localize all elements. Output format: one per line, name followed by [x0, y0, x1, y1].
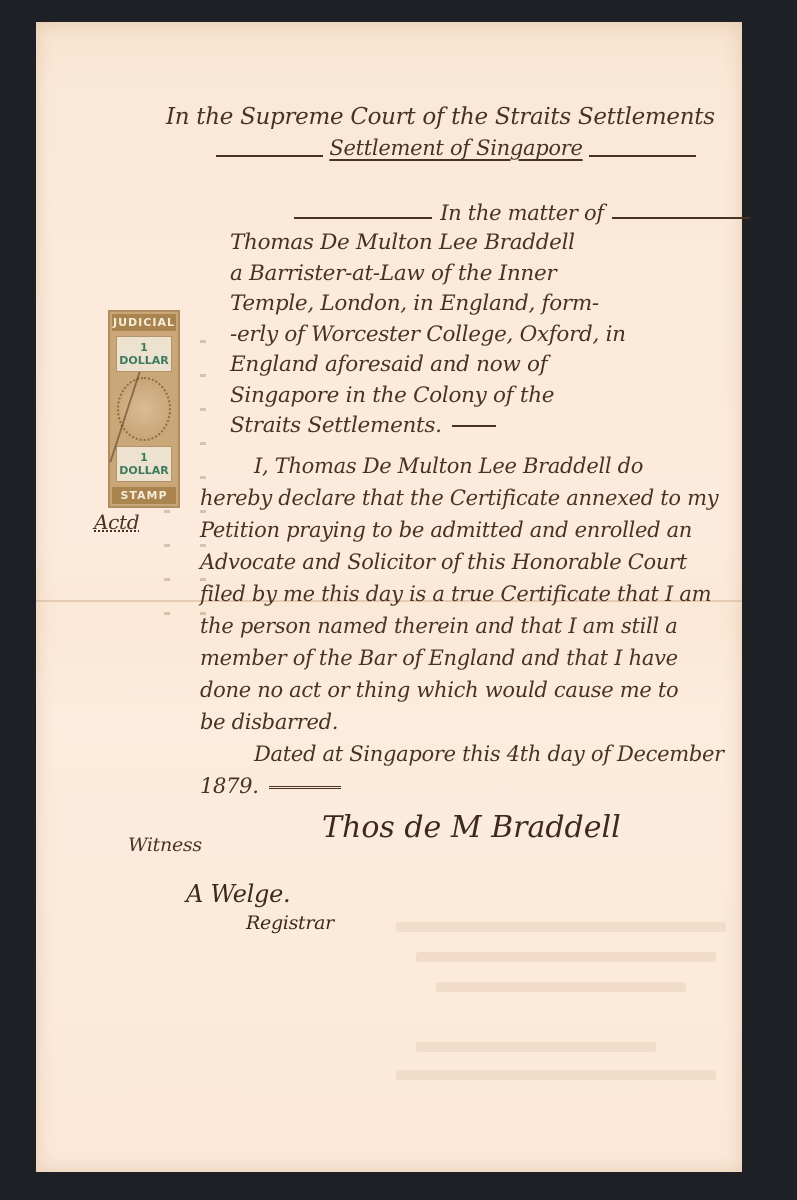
stamp-bottom-label: STAMP [112, 487, 176, 504]
matter-line: a Barrister-at-Law of the Inner [230, 259, 750, 290]
bleed-through-text [416, 952, 716, 962]
stamp-value-top: 1 DOLLAR [116, 336, 172, 372]
dated-line: Dated at Singapore this 4th day of Decem… [200, 738, 740, 770]
declaration-line: I, Thomas De Multon Lee Braddell do [200, 450, 740, 482]
year-line: 1879. [200, 770, 740, 802]
declaration-line: member of the Bar of England and that I … [200, 642, 740, 674]
matter-line: England aforesaid and now of [230, 350, 750, 381]
declaration-line: filed by me this day is a true Certifica… [200, 578, 740, 610]
matter-line: Thomas De Multon Lee Braddell [230, 228, 750, 259]
matter-block: In the matter of Thomas De Multon Lee Br… [230, 198, 750, 442]
matter-rule-right [612, 217, 750, 219]
declaration-line: done no act or thing which would cause m… [200, 674, 740, 706]
declaration-line: the person named therein and that I am s… [200, 610, 740, 642]
declaration-line: hereby declare that the Certificate anne… [200, 482, 740, 514]
stamp-top-label: JUDICIAL [112, 314, 176, 331]
margin-annotation: Actd [94, 510, 139, 534]
court-heading: In the Supreme Court of the Straits Sett… [166, 104, 715, 130]
bleed-through-text [396, 922, 726, 932]
bleed-through-text [416, 1042, 656, 1052]
declaration-line: Petition praying to be admitted and enro… [200, 514, 740, 546]
bleed-through-text [396, 1070, 716, 1080]
matter-line: Temple, London, in England, form- [230, 289, 750, 320]
matter-line: -erly of Worcester College, Oxford, in [230, 320, 750, 351]
matter-heading-row: In the matter of [294, 198, 750, 228]
judicial-stamp: JUDICIAL 1 DOLLAR 1 DOLLAR STAMP [108, 310, 180, 508]
document-page: In the Supreme Court of the Straits Sett… [36, 22, 742, 1172]
registrar-signature: A Welge. [186, 880, 290, 908]
declaration-block: I, Thomas De Multon Lee Braddell do here… [200, 450, 740, 802]
matter-line: Straits Settlements. [230, 411, 750, 442]
heading-rule-right [589, 155, 696, 157]
declarant-signature: Thos de M Braddell [322, 810, 621, 845]
settlement-heading-row: Settlement of Singapore [216, 136, 696, 160]
bleed-through-text [436, 982, 686, 992]
matter-heading: In the matter of [440, 201, 604, 225]
matter-rule-left [294, 217, 432, 219]
heading-rule-left [216, 155, 323, 157]
declaration-line: be disbarred. [200, 706, 740, 738]
registrar-title: Registrar [246, 912, 334, 934]
matter-line: Singapore in the Colony of the [230, 381, 750, 412]
settlement-heading: Settlement of Singapore [329, 136, 582, 160]
witness-label: Witness [128, 834, 202, 856]
declaration-line: Advocate and Solicitor of this Honorable… [200, 546, 740, 578]
